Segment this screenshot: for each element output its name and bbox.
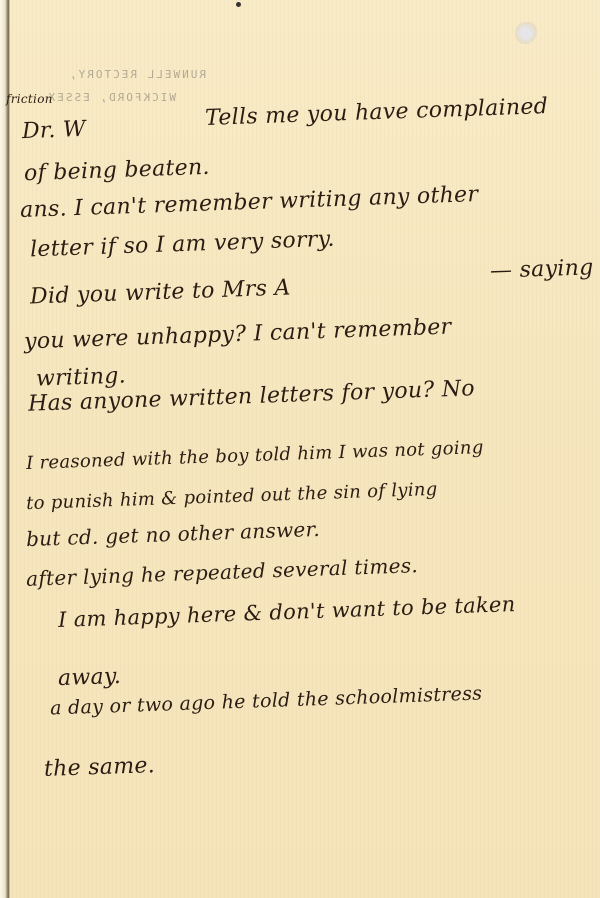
letterhead-line-2: WICKFORD, ESSEX.	[38, 91, 176, 104]
pin-hole	[236, 2, 241, 7]
margin-note: friction	[6, 92, 53, 106]
handwritten-line: — saying	[490, 255, 594, 284]
handwritten-line: of being beaten.	[24, 155, 211, 186]
handwritten-line: away.	[58, 664, 122, 691]
handwritten-line: but cd. get no other answer.	[26, 517, 321, 551]
letterhead-line-1: RUNWELL RECTORY,	[68, 68, 206, 81]
handwritten-line: letter if so I am very sorry.	[30, 227, 335, 263]
handwritten-line: the same.	[44, 753, 156, 782]
handwritten-line: writing.	[36, 363, 127, 391]
paper-fold-edge	[0, 0, 10, 898]
handwritten-line: Dr. W	[22, 117, 87, 144]
handwritten-line: Did you write to Mrs A	[30, 275, 291, 309]
paper-damage-spot	[515, 22, 537, 44]
letter-page: RUNWELL RECTORY, WICKFORD, ESSEX. fricti…	[0, 0, 600, 898]
